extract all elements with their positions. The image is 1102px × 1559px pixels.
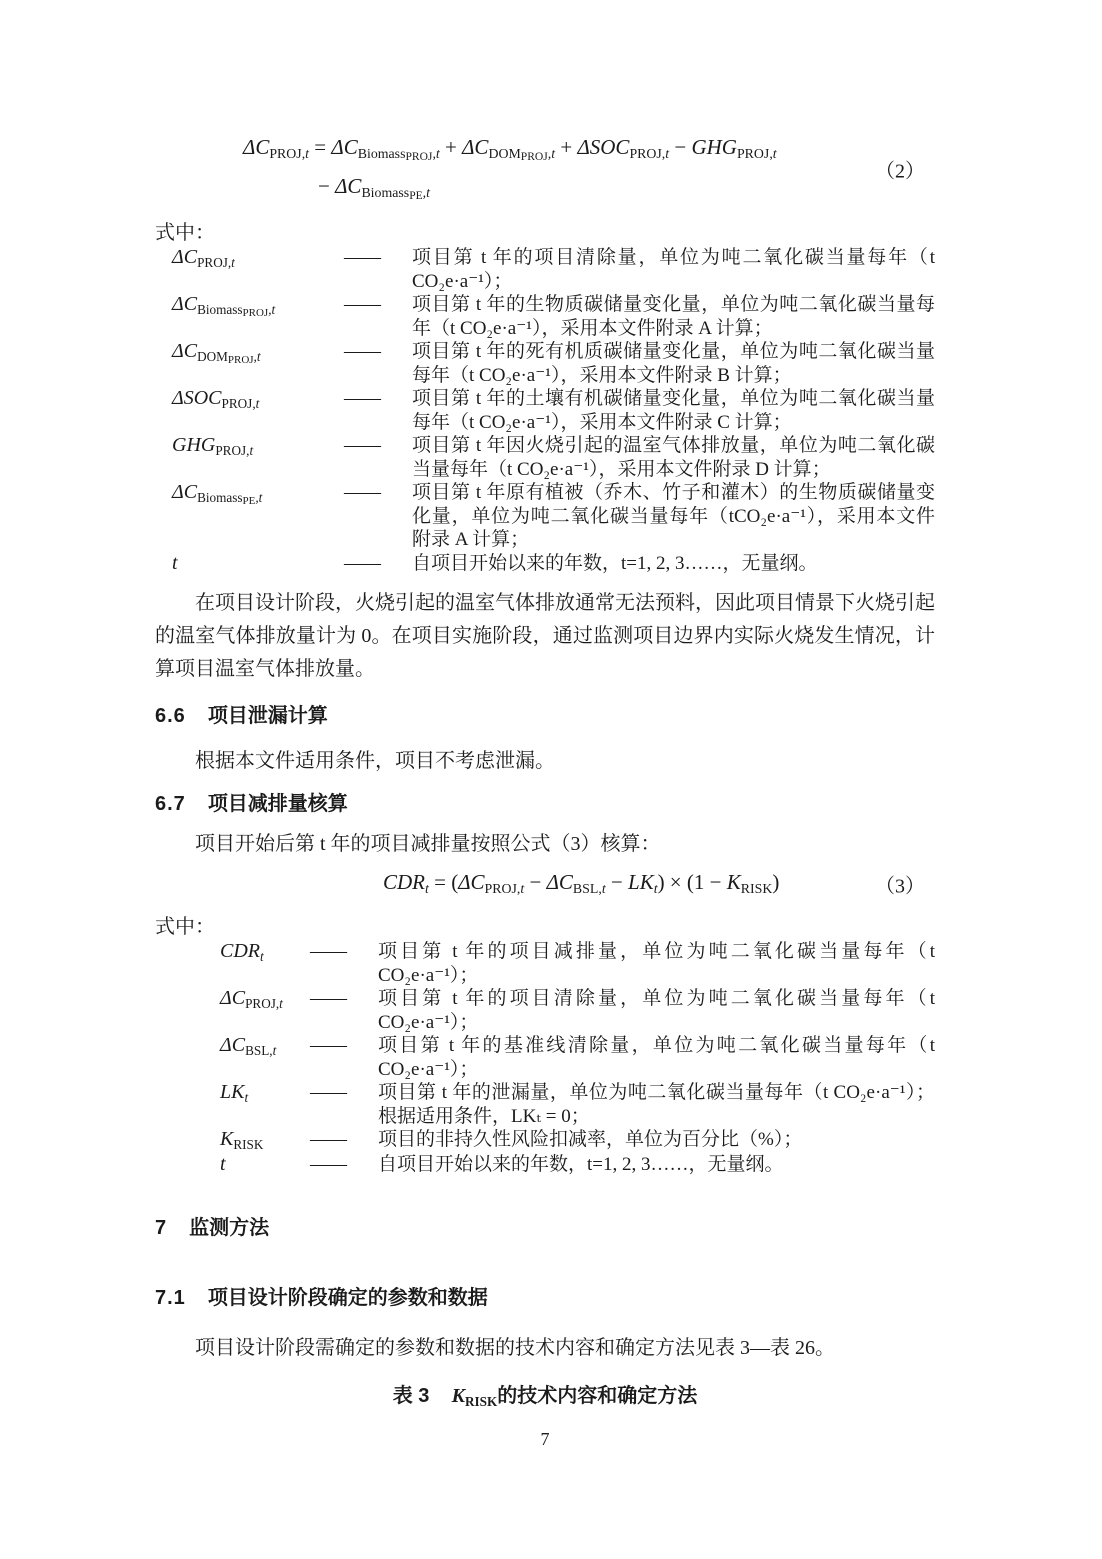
- paragraph-cdr-intro: 项目开始后第 t 年的项目减排量按照公式（3）核算：: [155, 828, 935, 861]
- term-definition: 项目第 t 年的泄漏量，单位为吨二氧化碳当量每年（t CO₂e·a⁻¹）；根据适…: [378, 1081, 935, 1128]
- term-definition: 项目第 t 年的基准线清除量，单位为吨二氧化碳当量每年（t CO₂e·a⁻¹）；: [378, 1034, 935, 1081]
- table-caption: 表 3 KRISK的技术内容和确定方法: [155, 1381, 935, 1413]
- term-dash: ——: [344, 387, 412, 434]
- term-symbol: ΔCPROJ,t: [220, 987, 310, 1034]
- term-row: KRISK —— 项目的非持久性风险扣减率，单位为百分比（%）；: [220, 1128, 935, 1153]
- term-definition: 自项目开始以来的年数，t=1, 2, 3……，无量纲。: [412, 552, 935, 576]
- term-symbol: ΔCPROJ,t: [172, 246, 344, 293]
- term-symbol: t: [220, 1153, 310, 1177]
- term-row: CDRt —— 项目第 t 年的项目减排量，单位为吨二氧化碳当量每年（t CO₂…: [220, 940, 935, 987]
- equation-2: ΔCPROJ,t = ΔCBiomassPROJ,t + ΔCDOMPROJ,t…: [155, 130, 935, 208]
- term-definition: 项目第 t 年原有植被（乔木、竹子和灌木）的生物质碳储量变化量，单位为吨二氧化碳…: [412, 481, 935, 552]
- term-dash: ——: [344, 246, 412, 293]
- section-number: 7.1: [155, 1284, 186, 1312]
- term-row: ΔCBSL,t —— 项目第 t 年的基准线清除量，单位为吨二氧化碳当量每年（t…: [220, 1034, 935, 1081]
- term-row: ΔCPROJ,t —— 项目第 t 年的项目清除量，单位为吨二氧化碳当量每年（t…: [172, 246, 935, 293]
- page-number: 7: [155, 1429, 935, 1450]
- section-heading-6-6: 6.6 项目泄漏计算: [155, 702, 935, 730]
- term-row: t —— 自项目开始以来的年数，t=1, 2, 3……，无量纲。: [220, 1153, 935, 1177]
- term-symbol: LKt: [220, 1081, 310, 1128]
- term-definition: 项目第 t 年的项目减排量，单位为吨二氧化碳当量每年（t CO₂e·a⁻¹）；: [378, 940, 935, 987]
- term-dash: ——: [310, 1153, 378, 1177]
- term-list-equation-3: CDRt —— 项目第 t 年的项目减排量，单位为吨二氧化碳当量每年（t CO₂…: [155, 940, 935, 1176]
- term-definition: 项目第 t 年的死有机质碳储量变化量，单位为吨二氧化碳当量每年（t CO₂e·a…: [412, 340, 935, 387]
- term-dash: ——: [344, 552, 412, 576]
- term-symbol: ΔCBiomassPE,t: [172, 481, 344, 552]
- term-symbol: KRISK: [220, 1128, 310, 1153]
- term-dash: ——: [310, 987, 378, 1034]
- paragraph-no-leakage: 根据本文件适用条件，项目不考虑泄漏。: [155, 745, 935, 778]
- term-definition: 项目第 t 年因火烧引起的温室气体排放量，单位为吨二氧化碳当量每年（t CO₂e…: [412, 434, 935, 481]
- term-row: ΔCBiomassPE,t —— 项目第 t 年原有植被（乔木、竹子和灌木）的生…: [172, 481, 935, 552]
- term-dash: ——: [310, 1128, 378, 1153]
- term-definition: 项目第 t 年的项目清除量，单位为吨二氧化碳当量每年（t CO₂e·a⁻¹）；: [378, 987, 935, 1034]
- table-caption-text: KRISK的技术内容和确定方法: [452, 1385, 698, 1407]
- section-heading-6-7: 6.7 项目减排量核算: [155, 790, 935, 818]
- term-dash: ——: [344, 340, 412, 387]
- equation-2-number: （2）: [875, 155, 925, 184]
- term-dash: ——: [344, 481, 412, 552]
- term-symbol: t: [172, 552, 344, 576]
- section-title: 项目设计阶段确定的参数和数据: [208, 1284, 488, 1312]
- term-symbol: CDRt: [220, 940, 310, 987]
- paragraph-fire-emissions: 在项目设计阶段，火烧引起的温室气体排放通常无法预料，因此项目情景下火烧引起的温室…: [155, 587, 935, 686]
- section-number: 6.6: [155, 702, 186, 730]
- term-dash: ——: [310, 1034, 378, 1081]
- term-definition: 自项目开始以来的年数，t=1, 2, 3……，无量纲。: [378, 1153, 935, 1177]
- term-dash: ——: [344, 293, 412, 340]
- term-definition: 项目第 t 年的生物质碳储量变化量，单位为吨二氧化碳当量每年（t CO₂e·a⁻…: [412, 293, 935, 340]
- term-row: ΔCPROJ,t —— 项目第 t 年的项目清除量，单位为吨二氧化碳当量每年（t…: [220, 987, 935, 1034]
- equation-3-number: （3）: [875, 869, 925, 898]
- term-row: LKt —— 项目第 t 年的泄漏量，单位为吨二氧化碳当量每年（t CO₂e·a…: [220, 1081, 935, 1128]
- formula-legend-label: 式中：: [155, 914, 935, 940]
- section-title: 项目泄漏计算: [208, 702, 328, 730]
- term-symbol: GHGPROJ,t: [172, 434, 344, 481]
- section-title: 项目减排量核算: [208, 790, 348, 818]
- term-definition: 项目第 t 年的项目清除量，单位为吨二氧化碳当量每年（t CO₂e·a⁻¹）；: [412, 246, 935, 293]
- term-dash: ——: [310, 1081, 378, 1128]
- table-caption-prefix: 表 3: [393, 1385, 430, 1407]
- term-row: ΔCBiomassPROJ,t —— 项目第 t 年的生物质碳储量变化量，单位为…: [172, 293, 935, 340]
- term-row: ΔSOCPROJ,t —— 项目第 t 年的土壤有机碳储量变化量，单位为吨二氧化…: [172, 387, 935, 434]
- term-dash: ——: [310, 940, 378, 987]
- equation-3: CDRt = (ΔCPROJ,t − ΔCBSL,t − LKt) × (1 −…: [155, 865, 935, 902]
- term-row: t —— 自项目开始以来的年数，t=1, 2, 3……，无量纲。: [172, 552, 935, 576]
- paragraph-parameters: 项目设计阶段需确定的参数和数据的技术内容和确定方法见表 3—表 26。: [155, 1332, 935, 1365]
- section-title: 监测方法: [189, 1214, 269, 1242]
- term-symbol: ΔCDOMPROJ,t: [172, 340, 344, 387]
- equation-2-line-2: − ΔCBiomassPE,t: [318, 169, 935, 208]
- term-definition: 项目的非持久性风险扣减率，单位为百分比（%）；: [378, 1128, 935, 1153]
- formula-legend-label: 式中：: [155, 220, 935, 246]
- term-dash: ——: [344, 434, 412, 481]
- section-heading-7-1: 7.1 项目设计阶段确定的参数和数据: [155, 1284, 935, 1312]
- section-number: 6.7: [155, 790, 186, 818]
- equation-3-line: CDRt = (ΔCPROJ,t − ΔCBSL,t − LKt) × (1 −…: [383, 865, 935, 902]
- section-heading-7: 7 监测方法: [155, 1214, 935, 1242]
- term-definition: 项目第 t 年的土壤有机碳储量变化量，单位为吨二氧化碳当量每年（t CO₂e·a…: [412, 387, 935, 434]
- term-symbol: ΔCBiomassPROJ,t: [172, 293, 344, 340]
- term-symbol: ΔSOCPROJ,t: [172, 387, 344, 434]
- term-row: ΔCDOMPROJ,t —— 项目第 t 年的死有机质碳储量变化量，单位为吨二氧…: [172, 340, 935, 387]
- section-number: 7: [155, 1214, 167, 1242]
- term-row: GHGPROJ,t —— 项目第 t 年因火烧引起的温室气体排放量，单位为吨二氧…: [172, 434, 935, 481]
- term-symbol: ΔCBSL,t: [220, 1034, 310, 1081]
- term-list-equation-2: ΔCPROJ,t —— 项目第 t 年的项目清除量，单位为吨二氧化碳当量每年（t…: [155, 246, 935, 575]
- equation-2-line-1: ΔCPROJ,t = ΔCBiomassPROJ,t + ΔCDOMPROJ,t…: [243, 130, 935, 169]
- document-page: ΔCPROJ,t = ΔCBiomassPROJ,t + ΔCDOMPROJ,t…: [0, 0, 1102, 1559]
